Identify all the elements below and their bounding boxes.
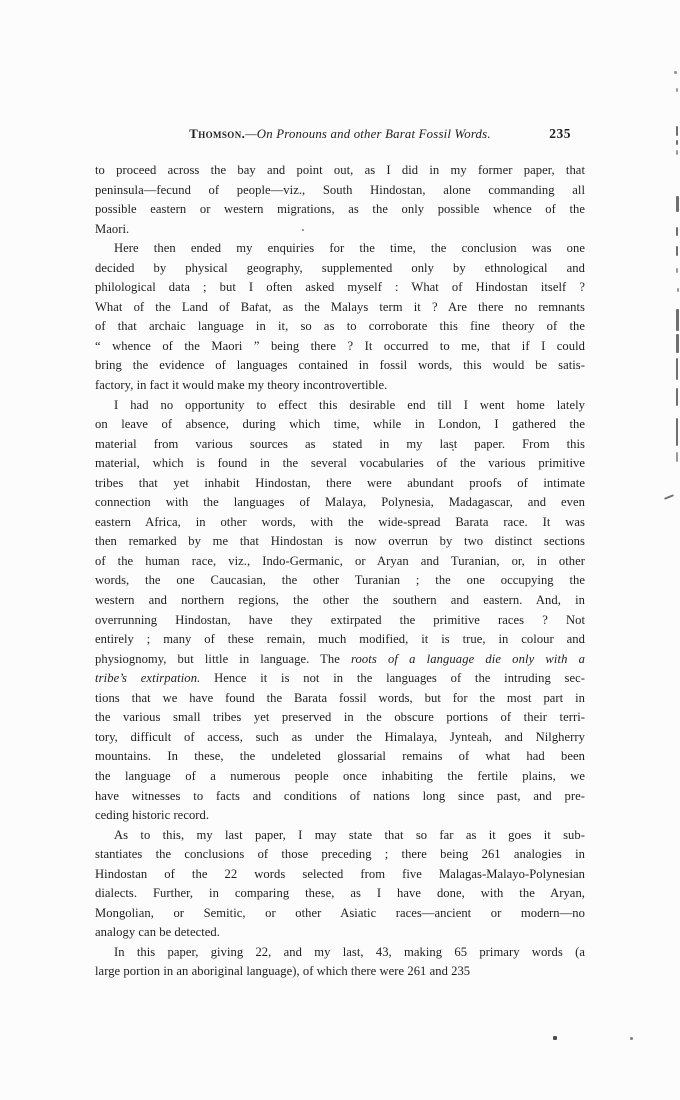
paragraph: In this paper, giving 22, and my last, 4… xyxy=(95,943,585,982)
text-line: I had no opportunity to effect this desi… xyxy=(95,396,585,416)
scan-speck xyxy=(630,1037,633,1040)
text-line: words, the one Caucasian, the other Tura… xyxy=(95,571,585,591)
text-line: As to this, my last paper, I may state t… xyxy=(95,826,585,846)
text-line: entirely ; many of these remain, much mo… xyxy=(95,630,585,650)
text-line: large portion in an aboriginal language)… xyxy=(95,962,585,982)
scan-artifact xyxy=(676,309,679,331)
text-line: analogy can be detected. xyxy=(95,923,585,943)
text-line: mountains. In these, the undeleted gloss… xyxy=(95,747,585,767)
text-line: to proceed across the bay and point out,… xyxy=(95,161,585,181)
text-line: connection with the languages of Malaya,… xyxy=(95,493,585,513)
text-line: tribes that yet inhabit Hindostan, there… xyxy=(95,474,585,494)
scan-speck xyxy=(553,1036,557,1040)
scan-artifact xyxy=(676,334,679,353)
scan-artifact xyxy=(674,71,677,74)
scan-artifact xyxy=(676,227,678,236)
running-header: Thomson.—On Pronouns and other Barat Fos… xyxy=(95,127,585,147)
text-line: tory, difficult of access, such as under… xyxy=(95,728,585,748)
text-line: tions that we have found the Barata foss… xyxy=(95,689,585,709)
text-line: then remarked by me that Hindostan is no… xyxy=(95,532,585,552)
text-line: on leave of absence, during which time, … xyxy=(95,415,585,435)
scan-artifact xyxy=(677,288,679,292)
text-line: “ whence of the Maori ” being there ? It… xyxy=(95,337,585,357)
text-line: the language of a numerous people once i… xyxy=(95,767,585,787)
page: Thomson.—On Pronouns and other Barat Fos… xyxy=(0,0,680,1100)
scan-artifact xyxy=(664,494,674,500)
text-line: In this paper, giving 22, and my last, 4… xyxy=(95,943,585,963)
text-line: stantiates the conclusions of those prec… xyxy=(95,845,585,865)
body-text: to proceed across the bay and point out,… xyxy=(95,161,585,982)
running-header-author: Thomson. xyxy=(189,127,245,141)
text-line: decided by physical geography, supplemen… xyxy=(95,259,585,279)
text-line: possible eastern or western migrations, … xyxy=(95,200,585,220)
scan-artifact xyxy=(676,126,678,136)
text-line: of the human race, viz., Indo-Germanic, … xyxy=(95,552,585,572)
page-number: 235 xyxy=(549,126,571,142)
scan-speck xyxy=(302,229,304,231)
scan-artifact xyxy=(676,418,678,446)
text-line: What of the Land of Barat, as the Malays… xyxy=(95,298,585,318)
scan-artifact xyxy=(676,196,679,212)
text-line: physiognomy, but little in language. The… xyxy=(95,650,585,670)
running-header-text: Thomson.—On Pronouns and other Barat Fos… xyxy=(95,127,585,142)
text-line: tribe’s extirpation. Hence it is not in … xyxy=(95,669,585,689)
scan-artifact xyxy=(676,150,678,155)
text-line: Maori. xyxy=(95,220,585,240)
scan-speck xyxy=(452,449,454,451)
text-line: the various small tribes yet preserved i… xyxy=(95,708,585,728)
paragraph: to proceed across the bay and point out,… xyxy=(95,161,585,239)
text-line: western and northern regions, the other … xyxy=(95,591,585,611)
text-line: overrunning Hindostan, have they extirpa… xyxy=(95,611,585,631)
text-line: material, which is found in the several … xyxy=(95,454,585,474)
text-line: peninsula—fecund of people—viz., South H… xyxy=(95,181,585,201)
paragraph: As to this, my last paper, I may state t… xyxy=(95,826,585,943)
scan-speck xyxy=(256,303,258,305)
text-line: philological data ; but I often asked my… xyxy=(95,278,585,298)
text-line: Here then ended my enquiries for the tim… xyxy=(95,239,585,259)
scan-artifact xyxy=(676,268,678,273)
scan-artifact xyxy=(676,358,678,380)
text-line: Hindostan of the 22 words selected from … xyxy=(95,865,585,885)
text-line: ceding historic record. xyxy=(95,806,585,826)
text-line: dialects. Further, in comparing these, a… xyxy=(95,884,585,904)
paragraph: I had no opportunity to effect this desi… xyxy=(95,396,585,826)
text-line: bring the evidence of languages containe… xyxy=(95,356,585,376)
scan-artifact xyxy=(676,140,678,145)
paragraph: Here then ended my enquiries for the tim… xyxy=(95,239,585,395)
text-line: factory, in fact it would make my theory… xyxy=(95,376,585,396)
running-header-title: —On Pronouns and other Barat Fossil Word… xyxy=(245,127,491,141)
scan-artifact xyxy=(676,388,678,406)
text-line: material from various sources as stated … xyxy=(95,435,585,455)
text-line: Mongolian, or Semitic, or other Asiatic … xyxy=(95,904,585,924)
text-line: eastern Africa, in other words, with the… xyxy=(95,513,585,533)
scan-artifact xyxy=(676,452,678,462)
scan-artifact xyxy=(676,88,678,92)
text-line: of that archaic language in it, so as to… xyxy=(95,317,585,337)
scan-artifact xyxy=(676,246,678,256)
text-line: have witnesses to facts and conditions o… xyxy=(95,787,585,807)
